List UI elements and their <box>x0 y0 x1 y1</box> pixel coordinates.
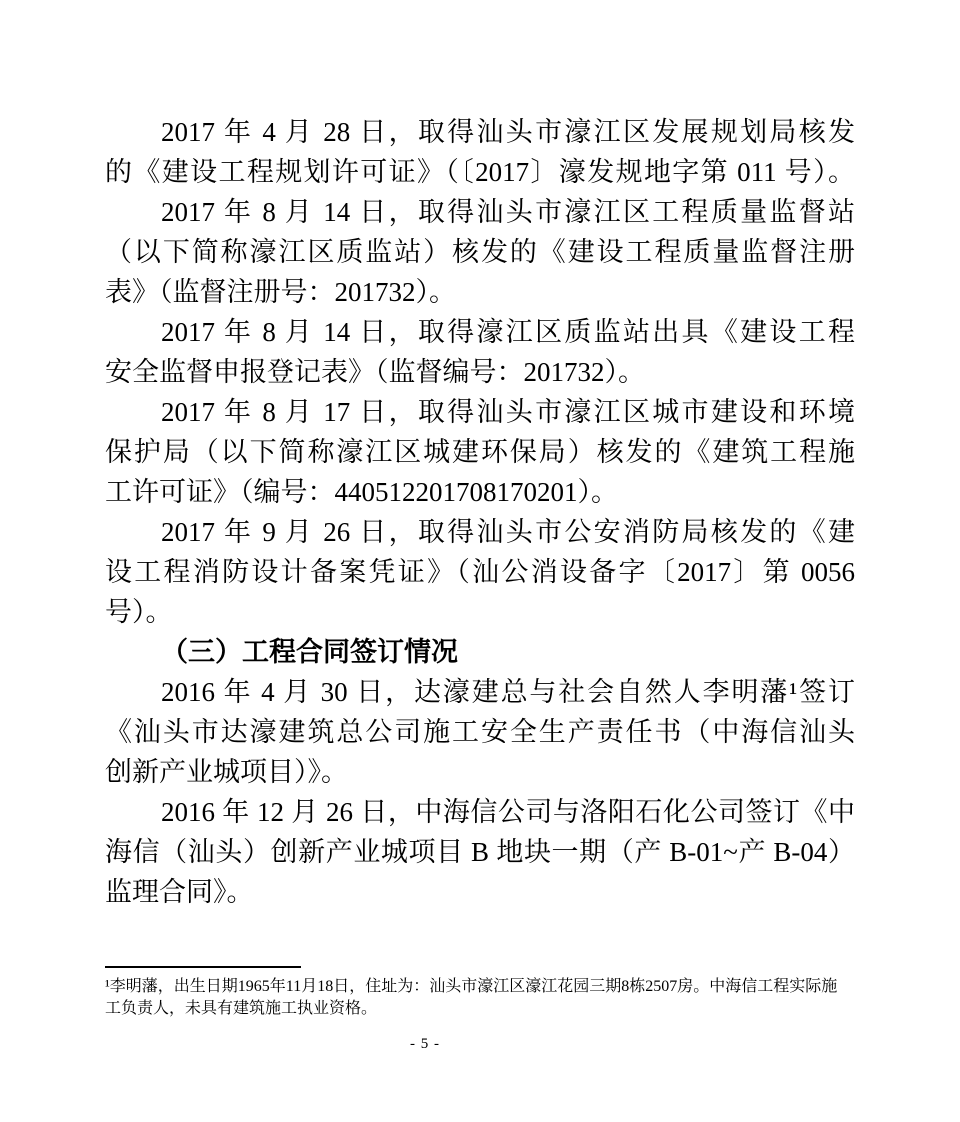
body-line: 设工程消防设计备案凭证》（汕公消设备字〔2017〕第 0056 <box>105 552 855 592</box>
body-line: 表》（监督注册号：201732）。 <box>105 272 855 312</box>
body-line: 2017 年 8 月 14 日，取得濠江区质监站出具《建设工程 <box>105 312 855 352</box>
body-line: 的《建设工程规划许可证》（〔2017〕濠发规地字第 011 号）。 <box>105 152 855 192</box>
document-page: 2017 年 4 月 28 日，取得汕头市濠江区发展规划局核发 的《建设工程规划… <box>0 0 960 1122</box>
body-line: （以下简称濠江区质监站）核发的《建设工程质量监督注册 <box>105 232 855 272</box>
footnote-separator <box>105 966 301 968</box>
body-line: 2017 年 4 月 28 日，取得汕头市濠江区发展规划局核发 <box>105 112 855 152</box>
body-line: 工许可证》（编号：440512201708170201）。 <box>105 472 855 512</box>
body-line: 2016 年 12 月 26 日，中海信公司与洛阳石化公司签订《中 <box>105 792 855 832</box>
footnote: ¹李明藩，出生日期1965年11月18日，住址为：汕头市濠江区濠江花园三期8栋2… <box>105 976 885 1020</box>
body-line: 安全监督申报登记表》（监督编号：201732）。 <box>105 352 855 392</box>
section-heading: （三）工程合同签订情况 <box>105 632 855 672</box>
body-line: 监理合同》。 <box>105 872 855 912</box>
page-number: - 5 - <box>105 1036 745 1053</box>
body-line: 保护局（以下简称濠江区城建环保局）核发的《建筑工程施 <box>105 432 855 472</box>
body-line: 2017 年 9 月 26 日，取得汕头市公安消防局核发的《建 <box>105 512 855 552</box>
footnote-line: 工负责人，未具有建筑施工执业资格。 <box>105 998 885 1020</box>
body-line: 创新产业城项目）》。 <box>105 752 855 792</box>
document-body: 2017 年 4 月 28 日，取得汕头市濠江区发展规划局核发 的《建设工程规划… <box>105 112 855 912</box>
body-line: 2016 年 4 月 30 日，达濠建总与社会自然人李明藩¹签订 <box>105 672 855 712</box>
body-line: 号）。 <box>105 592 855 632</box>
body-line: 2017 年 8 月 17 日，取得汕头市濠江区城市建设和环境 <box>105 392 855 432</box>
body-line: 2017 年 8 月 14 日，取得汕头市濠江区工程质量监督站 <box>105 192 855 232</box>
footnote-line: ¹李明藩，出生日期1965年11月18日，住址为：汕头市濠江区濠江花园三期8栋2… <box>105 976 885 998</box>
body-line: 《汕头市达濠建筑总公司施工安全生产责任书（中海信汕头 <box>105 712 855 752</box>
body-line: 海信（汕头）创新产业城项目 B 地块一期（产 B-01~产 B-04） <box>105 832 855 872</box>
